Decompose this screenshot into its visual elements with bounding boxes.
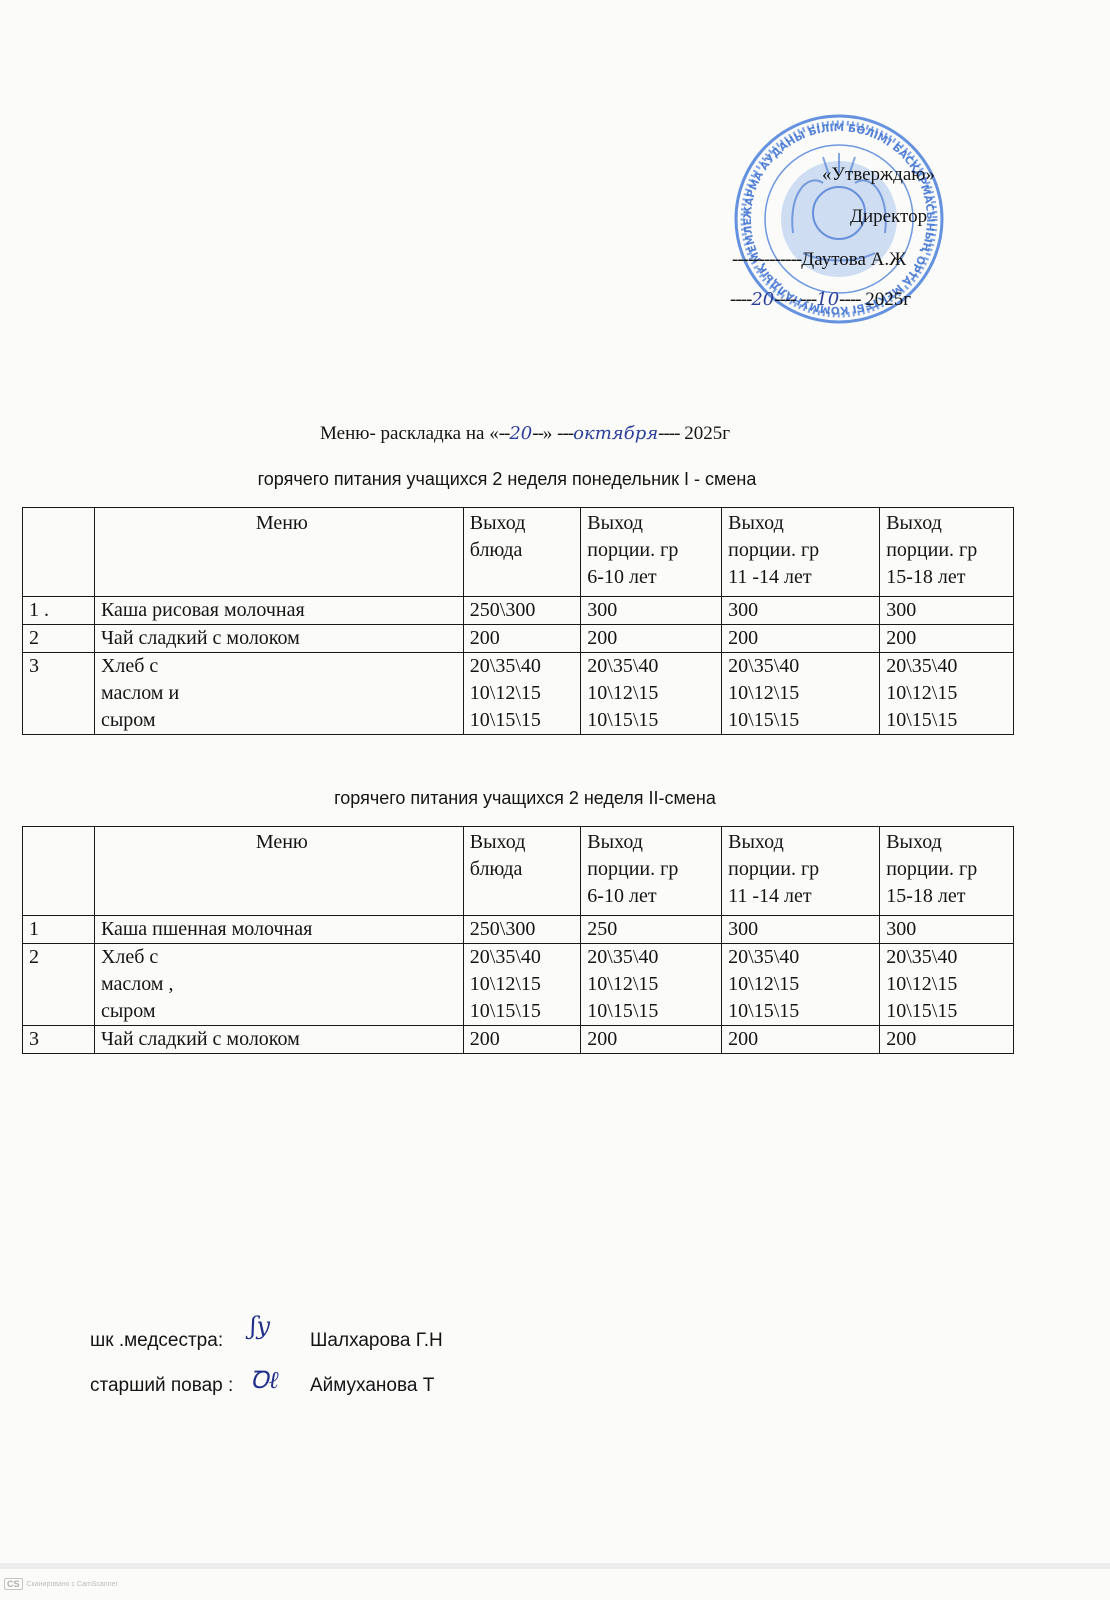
row-age-15-18: 200 bbox=[880, 625, 1014, 653]
header-age-11-14: Выходпорции. гр11 -14 лет bbox=[722, 827, 880, 916]
table-header-row: Меню Выходблюда Выходпорции. гр6-10 лет … bbox=[23, 508, 1014, 597]
row-age-11-14: 300 bbox=[722, 597, 880, 625]
row-age-11-14: 200 bbox=[722, 625, 880, 653]
signature-cook: старший повар : Ꝺℓ Аймуханова Т bbox=[90, 1375, 233, 1397]
row-age-11-14: 300 bbox=[722, 916, 880, 944]
table-row: 1Каша пшенная молочная250\300250300300 bbox=[23, 916, 1014, 944]
menu-table-shift-2: Меню Выходблюда Выходпорции. гр6-10 лет … bbox=[22, 826, 1014, 1054]
nurse-role: шк .медсестра: bbox=[90, 1330, 223, 1351]
row-dish-yield: 250\300 bbox=[463, 916, 581, 944]
signature-nurse: шк .медсестра: ʃy Шалхарова Г.Н bbox=[90, 1330, 223, 1352]
approval-name: Даутова А.Ж bbox=[801, 249, 906, 270]
row-dish-yield: 20\35\4010\12\1510\15\15 bbox=[463, 944, 581, 1026]
header-age-15-18: Выходпорции. гр15-18 лет bbox=[880, 827, 1014, 916]
nurse-signature-icon: ʃy bbox=[250, 1312, 270, 1340]
row-age-6-10: 200 bbox=[581, 625, 722, 653]
header-age-6-10: Выходпорции. гр6-10 лет bbox=[581, 508, 722, 597]
row-age-6-10: 300 bbox=[581, 597, 722, 625]
row-menu-item: Хлеб смаслом и сыром bbox=[94, 653, 463, 735]
header-age-15-18: Выходпорции. гр15-18 лет bbox=[880, 508, 1014, 597]
row-num: 3 bbox=[23, 653, 95, 735]
row-age-15-18: 300 bbox=[880, 916, 1014, 944]
scanner-text: Сканировано с CamScanner bbox=[27, 1581, 118, 1588]
header-dish-yield: Выходблюда bbox=[463, 827, 581, 916]
header-num bbox=[23, 508, 95, 597]
row-num: 2 bbox=[23, 944, 95, 1026]
signature-line: ------------- bbox=[732, 249, 801, 270]
approval-role: Директор bbox=[850, 207, 927, 226]
table-row: 2Чай сладкий с молоком200200200200 bbox=[23, 625, 1014, 653]
row-age-15-18: 200 bbox=[880, 1026, 1014, 1054]
row-dish-yield: 200 bbox=[463, 625, 581, 653]
header-menu: Меню bbox=[94, 827, 463, 916]
row-age-11-14: 200 bbox=[722, 1026, 880, 1054]
approval-date-day: 20 bbox=[751, 289, 774, 310]
table-row: 1 .Каша рисовая молочная250\300300300300 bbox=[23, 597, 1014, 625]
row-age-11-14: 20\35\4010\12\1510\15\15 bbox=[722, 944, 880, 1026]
row-menu-item: Чай сладкий с молоком bbox=[94, 1026, 463, 1054]
header-dish-yield: Выходблюда bbox=[463, 508, 581, 597]
approval-signatory: -------------Даутова А.Ж bbox=[732, 250, 906, 269]
approval-date: ----20---- ---10---- 2025г bbox=[730, 290, 911, 309]
row-age-15-18: 20\35\4010\12\1510\15\15 bbox=[880, 944, 1014, 1026]
page-title: Меню- раскладка на «--20--» ---октября--… bbox=[0, 423, 1080, 445]
row-menu-item: Каша рисовая молочная bbox=[94, 597, 463, 625]
row-age-15-18: 20\35\4010\12\1510\15\15 bbox=[880, 653, 1014, 735]
cook-name: Аймуханова Т bbox=[310, 1375, 434, 1397]
title-prefix: Меню- раскладка на bbox=[320, 423, 484, 444]
row-menu-item: Чай сладкий с молоком bbox=[94, 625, 463, 653]
header-num bbox=[23, 827, 95, 916]
header-age-11-14: Выходпорции. гр11 -14 лет bbox=[722, 508, 880, 597]
nurse-name: Шалхарова Г.Н bbox=[310, 1330, 443, 1352]
row-age-15-18: 300 bbox=[880, 597, 1014, 625]
row-menu-item: Каша пшенная молочная bbox=[94, 916, 463, 944]
table-header-row: Меню Выходблюда Выходпорции. гр6-10 лет … bbox=[23, 827, 1014, 916]
subtitle-shift-2: горячего питания учащихся 2 неделя II-см… bbox=[0, 788, 1080, 809]
row-age-11-14: 20\35\4010\12\1510\15\15 bbox=[722, 653, 880, 735]
header-age-6-10: Выходпорции. гр6-10 лет bbox=[581, 827, 722, 916]
header-menu: Меню bbox=[94, 508, 463, 597]
cook-signature-icon: Ꝺℓ bbox=[250, 1363, 279, 1396]
row-num: 2 bbox=[23, 625, 95, 653]
row-num: 3 bbox=[23, 1026, 95, 1054]
row-age-6-10: 200 bbox=[581, 1026, 722, 1054]
camscanner-logo-icon: CS bbox=[4, 1578, 23, 1590]
menu-table-shift-1: Меню Выходблюда Выходпорции. гр6-10 лет … bbox=[22, 507, 1014, 735]
cook-role: старший повар : bbox=[90, 1375, 233, 1396]
approval-date-month: 10 bbox=[816, 289, 839, 310]
row-dish-yield: 200 bbox=[463, 1026, 581, 1054]
scanner-watermark: CS Сканировано с CamScanner bbox=[4, 1578, 118, 1590]
row-num: 1 . bbox=[23, 597, 95, 625]
row-num: 1 bbox=[23, 916, 95, 944]
title-month: октября bbox=[573, 423, 658, 444]
row-age-6-10: 250 bbox=[581, 916, 722, 944]
approval-date-year: 2025г bbox=[865, 289, 911, 310]
table-row: 3Хлеб смаслом и сыром20\35\4010\12\1510\… bbox=[23, 653, 1014, 735]
table-row: 2Хлеб смаслом ,сыром20\35\4010\12\1510\1… bbox=[23, 944, 1014, 1026]
table-row: 3Чай сладкий с молоком200200200200 bbox=[23, 1026, 1014, 1054]
row-dish-yield: 20\35\4010\12\1510\15\15 bbox=[463, 653, 581, 735]
approval-title: «Утверждаю» bbox=[822, 165, 935, 184]
row-age-6-10: 20\35\4010\12\1510\15\15 bbox=[581, 944, 722, 1026]
subtitle-shift-1: горячего питания учащихся 2 неделя понед… bbox=[0, 469, 1062, 490]
title-year: 2025г bbox=[684, 423, 730, 444]
scan-edge-band bbox=[0, 1563, 1110, 1569]
title-day: 20 bbox=[509, 423, 532, 444]
row-menu-item: Хлеб смаслом ,сыром bbox=[94, 944, 463, 1026]
row-age-6-10: 20\35\4010\12\1510\15\15 bbox=[581, 653, 722, 735]
row-dish-yield: 250\300 bbox=[463, 597, 581, 625]
